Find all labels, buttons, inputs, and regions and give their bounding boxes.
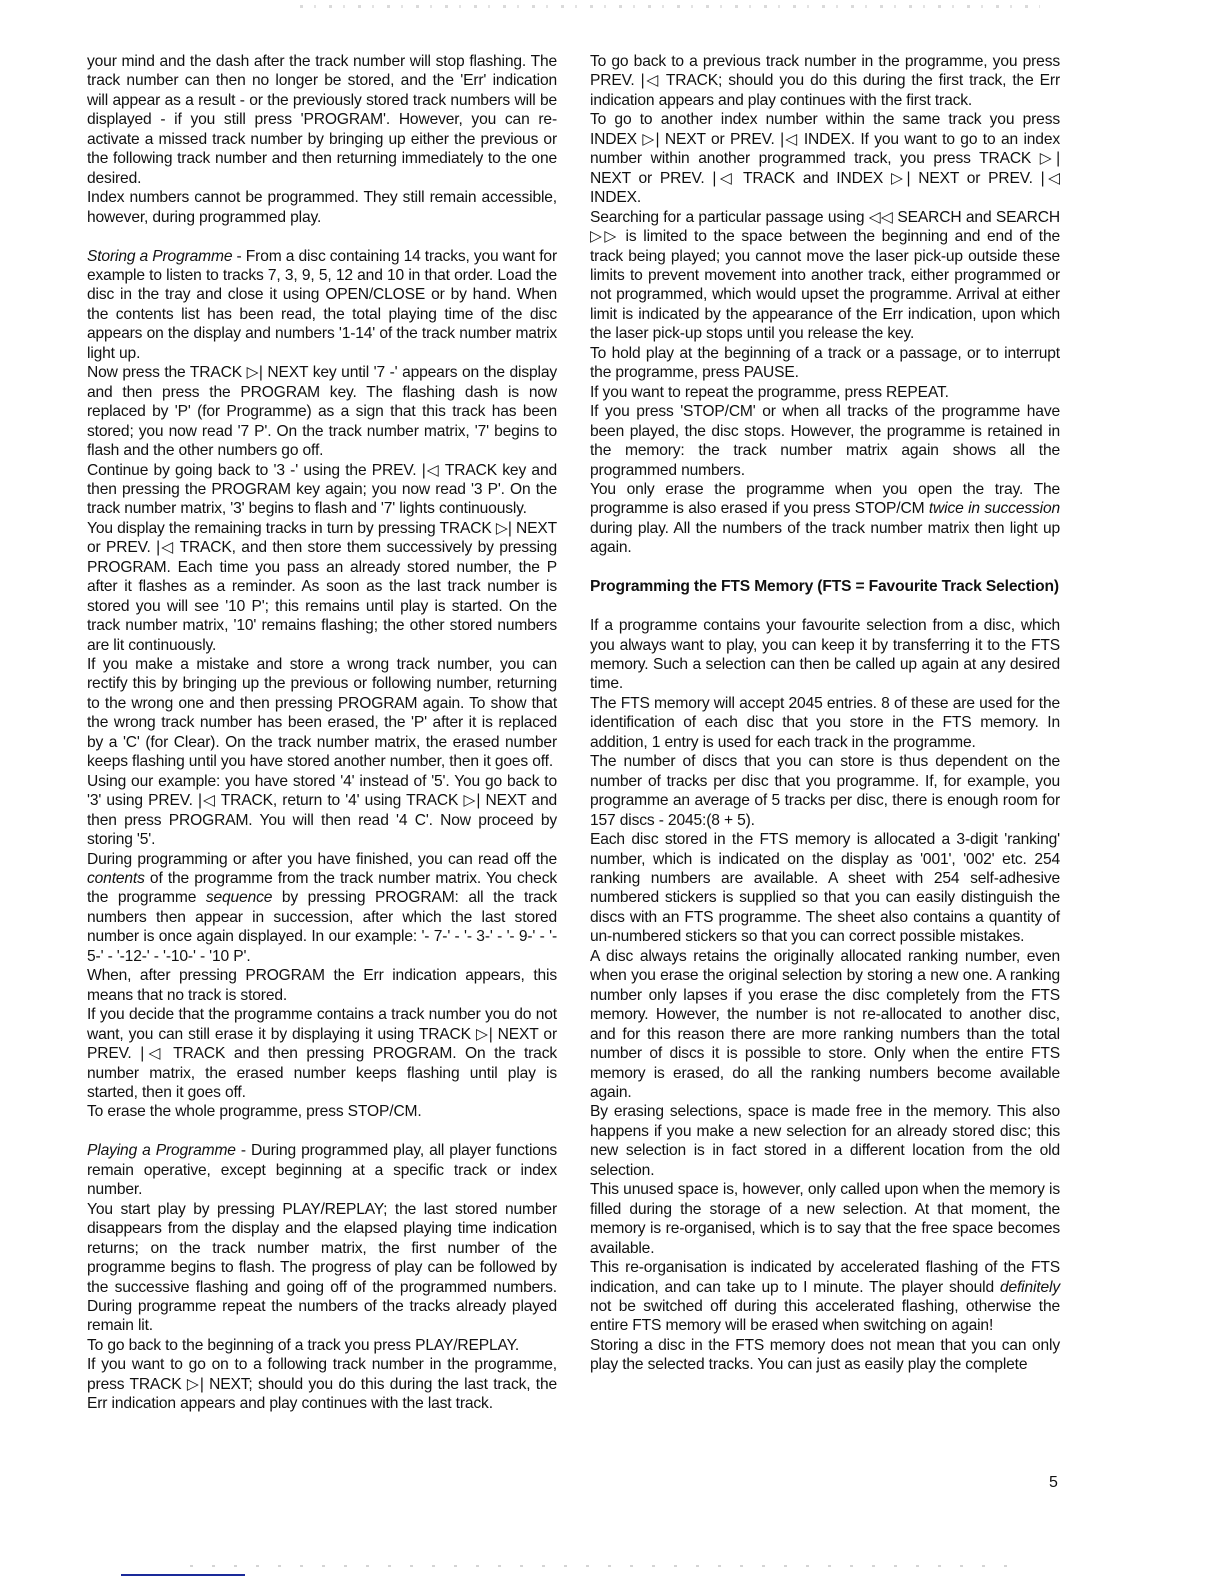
paragraph: You display the remaining tracks in turn…	[87, 519, 557, 655]
emphasis: sequence	[206, 889, 272, 906]
paragraph: A disc always retains the originally all…	[590, 947, 1060, 1103]
emphasis: definitely	[1000, 1279, 1060, 1296]
section-storing-programme: Storing a Programme - From a disc contai…	[87, 247, 557, 364]
paragraph: This unused space is, however, only call…	[590, 1180, 1060, 1258]
page-number: 5	[1049, 1474, 1058, 1492]
document-page: your mind and the dash after the track n…	[0, 0, 1224, 1584]
spacer	[590, 558, 1060, 577]
accent-line	[121, 1574, 245, 1576]
scan-artifact-bottom	[190, 1565, 1020, 1567]
paragraph: Using our example: you have stored '4' i…	[87, 772, 557, 850]
scan-artifact-top	[300, 5, 1040, 8]
paragraph: The number of discs that you can store i…	[590, 752, 1060, 830]
spacer	[590, 597, 1060, 616]
text-run: not be switched off during this accelera…	[590, 1298, 1060, 1334]
paragraph: Now press the TRACK ▷| NEXT key until '7…	[87, 363, 557, 460]
paragraph: To hold play at the beginning of a track…	[590, 344, 1060, 383]
text-run: during play. All the numbers of the trac…	[590, 520, 1060, 556]
right-column: To go back to a previous track number in…	[590, 52, 1060, 1375]
paragraph: Storing a disc in the FTS memory does no…	[590, 1336, 1060, 1375]
paragraph: If you decide that the programme contain…	[87, 1005, 557, 1102]
paragraph: If you want to repeat the programme, pre…	[590, 383, 1060, 402]
section-heading-fts: Programming the FTS Memory (FTS = Favour…	[590, 577, 1060, 596]
left-column: your mind and the dash after the track n…	[87, 52, 557, 1414]
paragraph: Each disc stored in the FTS memory is al…	[590, 830, 1060, 947]
paragraph: To go to another index number within the…	[590, 110, 1060, 207]
text-run: During programming or after you have fin…	[87, 851, 557, 868]
emphasis: twice in succession	[929, 500, 1060, 517]
paragraph: To go back to the beginning of a track y…	[87, 1336, 557, 1355]
spacer	[87, 1122, 557, 1141]
paragraph: If a programme contains your favourite s…	[590, 616, 1060, 694]
section-playing-programme: Playing a Programme - During programmed …	[87, 1141, 557, 1199]
paragraph: This re-organisation is indicated by acc…	[590, 1258, 1060, 1336]
paragraph: If you press 'STOP/CM' or when all track…	[590, 402, 1060, 480]
paragraph: your mind and the dash after the track n…	[87, 52, 557, 188]
paragraph: The FTS memory will accept 2045 entries.…	[590, 694, 1060, 752]
paragraph: If you make a mistake and store a wrong …	[87, 655, 557, 772]
section-title: Storing a Programme	[87, 248, 232, 265]
emphasis: contents	[87, 870, 145, 887]
paragraph: You start play by pressing PLAY/REPLAY; …	[87, 1200, 557, 1336]
spacer	[87, 227, 557, 246]
paragraph: By erasing selections, space is made fre…	[590, 1102, 1060, 1180]
paragraph: You only erase the programme when you op…	[590, 480, 1060, 558]
paragraph: If you want to go on to a following trac…	[87, 1355, 557, 1413]
paragraph: Continue by going back to '3 -' using th…	[87, 461, 557, 519]
paragraph: During programming or after you have fin…	[87, 850, 557, 967]
paragraph: To go back to a previous track number in…	[590, 52, 1060, 110]
paragraph: Index numbers cannot be programmed. They…	[87, 188, 557, 227]
text-run: This re-organisation is indicated by acc…	[590, 1259, 1060, 1295]
paragraph: To erase the whole programme, press STOP…	[87, 1102, 557, 1121]
paragraph: Searching for a particular passage using…	[590, 208, 1060, 344]
paragraph: When, after pressing PROGRAM the Err ind…	[87, 966, 557, 1005]
section-title: Playing a Programme	[87, 1142, 236, 1159]
